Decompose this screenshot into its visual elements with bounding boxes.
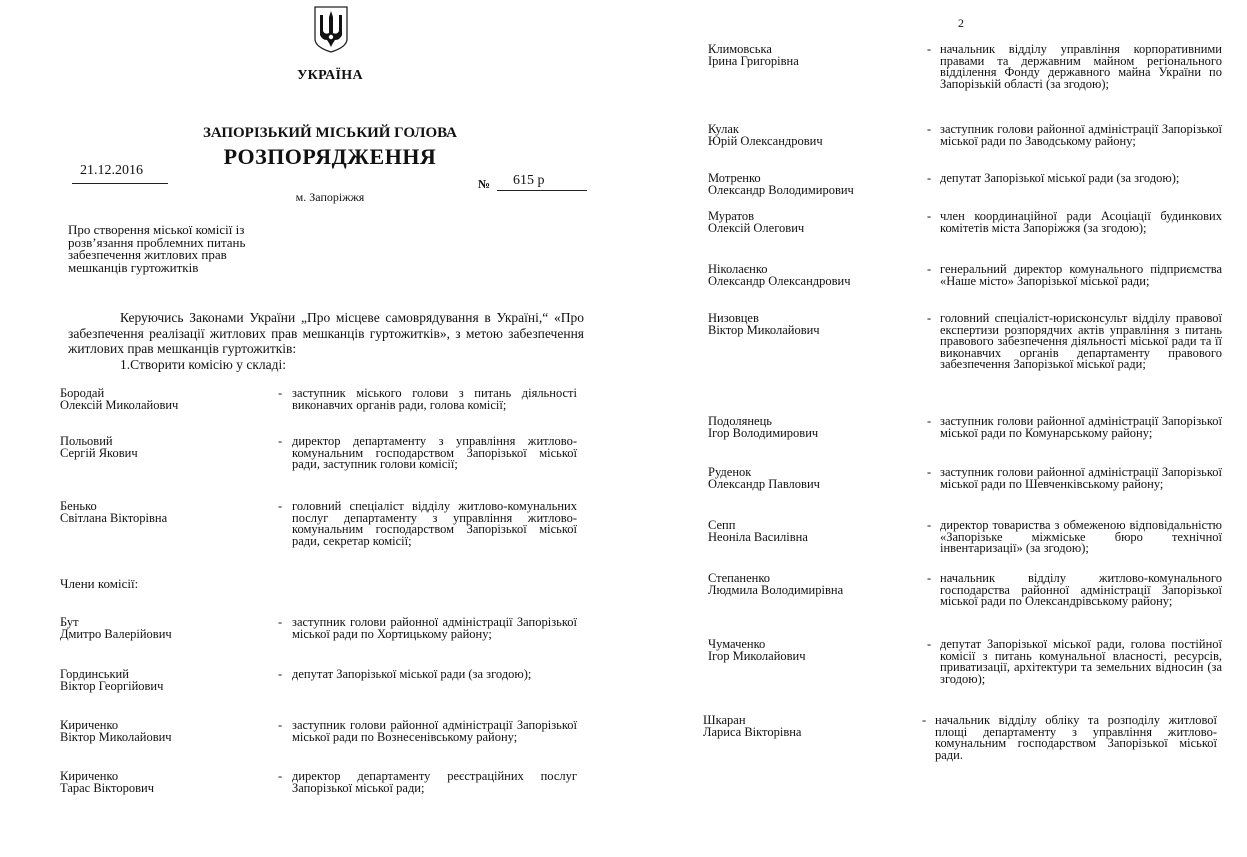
dash-separator: - <box>278 436 282 448</box>
dash-separator: - <box>278 501 282 513</box>
dash-separator: - <box>278 720 282 732</box>
dash-separator: - <box>927 124 931 136</box>
dash-separator: - <box>927 173 931 185</box>
member-given-name: Людмила Володимирівна <box>708 585 918 597</box>
dash-separator: - <box>927 264 931 276</box>
member-role: головний спеціаліст-юрисконсульт відділу… <box>940 313 1222 371</box>
member-role: начальник відділу обліку та розподілу жи… <box>935 715 1217 761</box>
document-subject: Про створення міської комісії із розв’яз… <box>68 224 298 274</box>
member-given-name: Ігор Миколайович <box>708 651 918 663</box>
dash-separator: - <box>927 416 931 428</box>
member-given-name: Олександр Володимирович <box>708 185 918 197</box>
country-heading: УКРАЇНА <box>230 68 430 84</box>
member-role: заступник голови районної адміністрації … <box>940 416 1222 439</box>
dash-separator: - <box>927 467 931 479</box>
dash-separator: - <box>278 388 282 400</box>
dash-separator: - <box>278 771 282 783</box>
preamble-paragraph: Керуючись Законами України „Про місцеве … <box>68 310 584 357</box>
member-given-name: Олександр Олександрович <box>708 276 918 288</box>
member-given-name: Віктор Миколайович <box>60 732 270 744</box>
member-role: заступник голови районної адміністрації … <box>940 124 1222 147</box>
dash-separator: - <box>278 669 282 681</box>
member-role: депутат Запорізької міської ради, голова… <box>940 639 1222 685</box>
member-role: директор товариства з обмеженою відповід… <box>940 520 1222 555</box>
member-role: заступник міського голови з питань діяль… <box>292 388 577 411</box>
member-given-name: Віктор Миколайович <box>708 325 918 337</box>
page-number: 2 <box>958 16 964 31</box>
number-label: № <box>478 177 490 192</box>
member-role: депутат Запорізької міської ради (за зго… <box>292 669 577 681</box>
member-given-name: Лариса Вікторівна <box>703 727 913 739</box>
dash-separator: - <box>927 639 931 651</box>
members-heading: Члени комісії: <box>60 576 138 592</box>
member-role: начальник відділу управління корпоративн… <box>940 44 1222 90</box>
member-given-name: Ігор Володимирович <box>708 428 918 440</box>
member-role: заступник голови районної адміністрації … <box>940 467 1222 490</box>
member-given-name: Ірина Григорівна <box>708 56 918 68</box>
member-given-name: Сергій Якович <box>60 448 270 460</box>
dash-separator: - <box>927 313 931 325</box>
dash-separator: - <box>927 211 931 223</box>
member-role: начальник відділу житлово-комунального г… <box>940 573 1222 608</box>
member-given-name: Юрій Олександрович <box>708 136 918 148</box>
member-role: заступник голови районної адміністрації … <box>292 720 577 743</box>
dash-separator: - <box>278 617 282 629</box>
member-role: член координаційної ради Асоціації будин… <box>940 211 1222 234</box>
city-label: м. Запоріжжя <box>250 190 410 205</box>
dash-separator: - <box>927 573 931 585</box>
member-given-name: Олексій Олегович <box>708 223 918 235</box>
document-number: 615 р <box>497 173 587 191</box>
member-given-name: Тарас Вікторович <box>60 783 270 795</box>
authority-heading: ЗАПОРІЗЬКИЙ МІСЬКИЙ ГОЛОВА <box>150 125 510 142</box>
member-given-name: Світлана Вікторівна <box>60 513 270 525</box>
dash-separator: - <box>927 520 931 532</box>
member-given-name: Олександр Павлович <box>708 479 918 491</box>
member-given-name: Олексій Миколайович <box>60 400 270 412</box>
dash-separator: - <box>927 44 931 56</box>
member-given-name: Неоніла Василівна <box>708 532 918 544</box>
member-role: генеральний директор комунального підпри… <box>940 264 1222 287</box>
document-date: 21.12.2016 <box>72 163 168 184</box>
dash-separator: - <box>922 715 926 727</box>
member-role: директор департаменту реєстраційних посл… <box>292 771 577 794</box>
ukraine-coat-of-arms-icon <box>313 5 349 53</box>
member-role: депутат Запорізької міської ради (за зго… <box>940 173 1222 185</box>
member-given-name: Дмитро Валерійович <box>60 629 270 641</box>
member-role: заступник голови районної адміністрації … <box>292 617 577 640</box>
member-role: директор департаменту з управління житло… <box>292 436 577 471</box>
document-type-title: РОЗПОРЯДЖЕННЯ <box>150 144 510 170</box>
clause-1: 1.Створити комісію у складі: <box>120 357 286 373</box>
member-role: головний спеціаліст відділу житлово-кому… <box>292 501 577 547</box>
member-given-name: Віктор Георгійович <box>60 681 270 693</box>
